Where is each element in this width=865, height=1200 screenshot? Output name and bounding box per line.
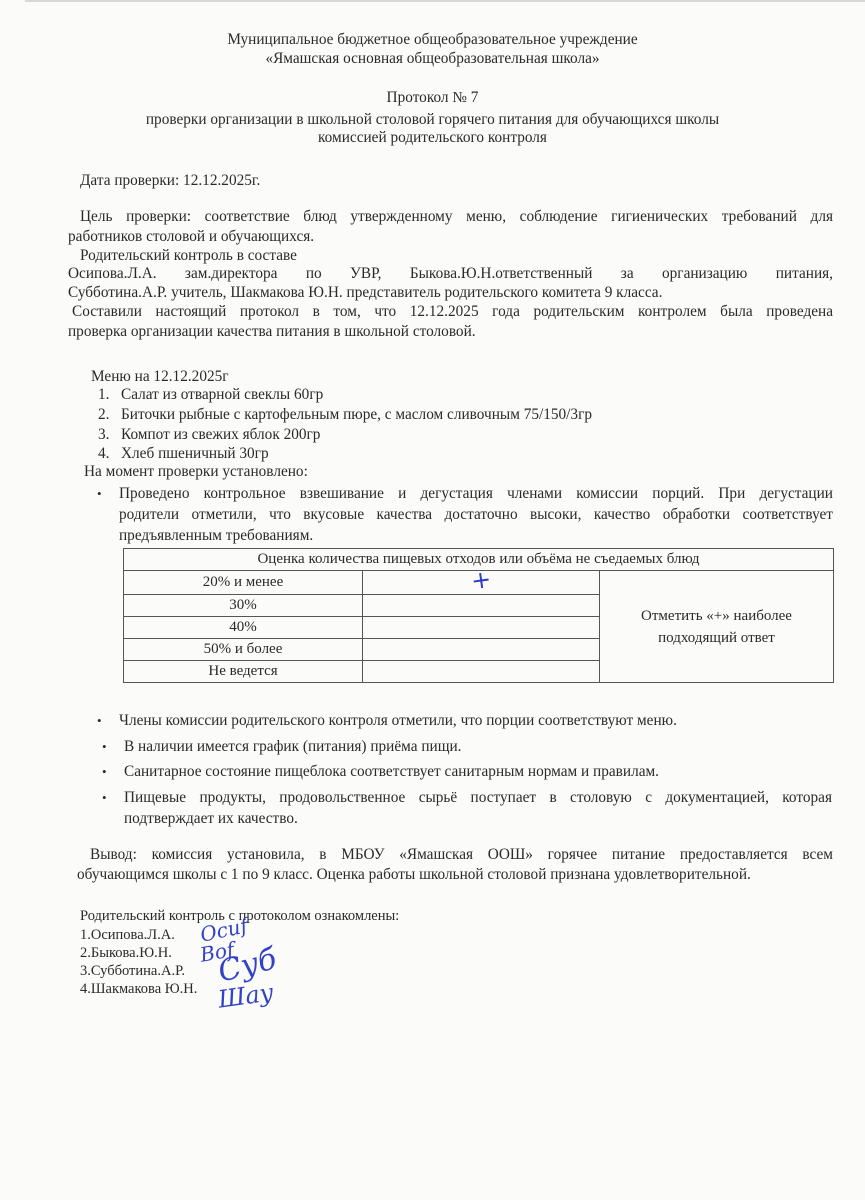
signatory-name: 3.Субботина.А.Р. (80, 962, 185, 980)
finding-bullet-3: В наличии имеется график (питания) приём… (124, 738, 462, 756)
conclusion-line2: обучающимся школы с 1 по 9 класс. Оценка… (77, 866, 751, 884)
table-row: 20% и менее + Отметить «+» наиболее подх… (124, 571, 834, 595)
composition-intro: Родительский контроль в составе (80, 247, 297, 265)
menu-item: Хлеб пшеничный 30гр (121, 445, 269, 463)
institution-name-line1: Муниципальное бюджетное общеобразователь… (0, 31, 865, 49)
composition-line2: Субботина.А.Р. учитель, Шакмакова Ю.Н. п… (68, 284, 662, 302)
option-mark-cell[interactable] (363, 595, 600, 617)
statement-line2: проверка организации качества питания в … (68, 323, 476, 341)
page-edge (25, 0, 865, 2)
purpose-line2: работников столовой и обучающихся. (68, 228, 314, 246)
waste-assessment-table: Оценка количества пищевых отходов или об… (123, 548, 834, 683)
menu-item: Компот из свежих яблок 200гр (121, 426, 320, 444)
option-label: Не ведется (124, 661, 363, 683)
menu-item-num: 2. (98, 406, 109, 424)
signatory-name: 1.Осипова.Л.А. (80, 926, 175, 944)
finding-bullet-5-line2: подтверждает их качество. (124, 810, 298, 828)
option-label: 50% и более (124, 639, 363, 661)
purpose-line1: Цель проверки: соответствие блюд утвержд… (80, 208, 833, 226)
plus-mark: + (470, 570, 492, 591)
composition-line1: Осипова.Л.А. зам.директора по УВР, Быков… (68, 265, 833, 283)
option-mark-cell[interactable] (363, 661, 600, 683)
statement-line1: Составили настоящий протокол в том, что … (72, 303, 833, 321)
finding-bullet-1-line3: предъявленным требованиям. (119, 527, 313, 545)
findings-intro: На момент проверки установлено: (84, 463, 308, 481)
menu-item-num: 1. (98, 386, 109, 404)
document-page: Муниципальное бюджетное общеобразователь… (0, 0, 865, 1200)
institution-name-line2: «Ямашская основная общеобразовательная ш… (0, 50, 865, 68)
menu-title: Меню на 12.12.2025г (91, 368, 229, 386)
finding-bullet-5-line1: Пищевые продукты, продовольственное сырь… (124, 789, 832, 807)
option-label: 20% и менее (124, 571, 363, 595)
signatory-name: 2.Быкова.Ю.Н. (80, 944, 172, 962)
protocol-subtitle-line2: комиссией родительского контроля (0, 129, 865, 147)
finding-bullet-1-line2: родители отметили, что вкусовые качества… (119, 506, 833, 524)
menu-item: Салат из отварной свеклы 60гр (121, 386, 323, 404)
menu-item-num: 3. (98, 426, 109, 444)
option-label: 40% (124, 617, 363, 639)
conclusion-line1: Вывод: комиссия установила, в МБОУ «Ямаш… (90, 846, 833, 864)
finding-bullet-2: Члены комиссии родительского контроля от… (119, 712, 677, 730)
instruction-note: Отметить «+» наиболее подходящий ответ (600, 571, 834, 683)
signatory-name: 4.Шакмакова Ю.Н. (80, 980, 197, 998)
finding-bullet-1-line1: Проведено контрольное взвешивание и дегу… (119, 485, 833, 503)
protocol-subtitle-line1: проверки организации в школьной столовой… (0, 111, 865, 129)
finding-bullet-4: Санитарное состояние пищеблока соответст… (124, 763, 659, 781)
option-label: 30% (124, 595, 363, 617)
menu-item-num: 4. (98, 445, 109, 463)
protocol-title: Протокол № 7 (0, 89, 865, 107)
inspection-date: Дата проверки: 12.12.2025г. (80, 172, 260, 190)
option-mark-cell[interactable]: + (363, 571, 600, 595)
option-mark-cell[interactable] (363, 617, 600, 639)
menu-item: Биточки рыбные с картофельным пюре, с ма… (121, 406, 592, 424)
option-mark-cell[interactable] (363, 639, 600, 661)
